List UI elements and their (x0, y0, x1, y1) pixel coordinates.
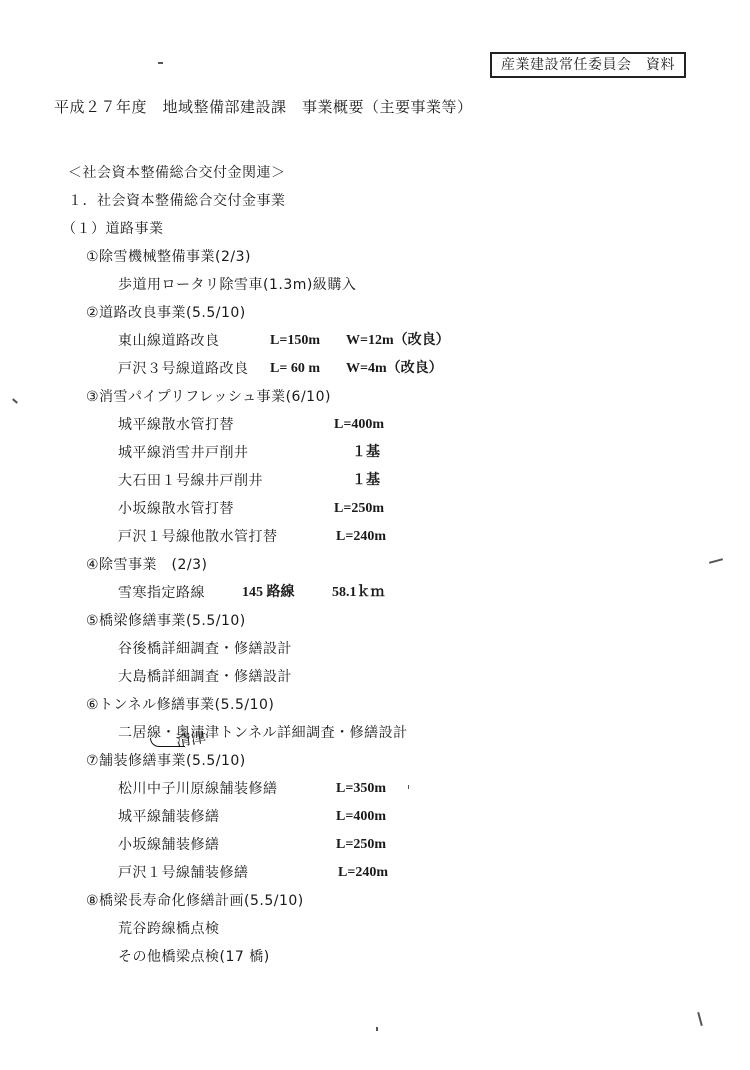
scan-speck (158, 62, 163, 64)
project-heading: ③消雪パイプリフレッシュ事業(6/10) (86, 388, 331, 406)
project-item: その他橋梁点検(17 橋) (118, 948, 270, 966)
project-heading: ⑦舗装修繕事業(5.5/10) (86, 752, 246, 770)
handwritten-annotation: 清津 (175, 726, 208, 751)
project-item: 東山線道路改良 (118, 332, 220, 350)
item-length: L=350m (336, 780, 386, 798)
project-heading: ⑤橋梁修繕事業(5.5/10) (86, 612, 246, 630)
project-item: 城平線消雪井戸削井 (118, 444, 249, 462)
project-item: 大島橋詳細調査・修繕設計 (118, 668, 292, 686)
item-length: L=250m (336, 836, 386, 854)
scan-speck (12, 398, 18, 403)
project-item: 小坂線舗装修繕 (118, 836, 220, 854)
item-length: L=240m (338, 864, 388, 882)
project-item: 歩道用ロータリ除雪車(1.3m)級購入 (118, 276, 356, 294)
scan-speck (408, 785, 409, 789)
scan-speck (697, 1012, 703, 1026)
scan-speck (376, 1027, 378, 1031)
project-heading: ①除雪機械整備事業(2/3) (86, 248, 251, 266)
project-heading: ⑧橋梁長寿命化修繕計画(5.5/10) (86, 892, 304, 910)
document-stamp: 産業建設常任委員会 資料 (490, 52, 686, 78)
category-heading: ＜社会資本整備総合交付金関連＞ (68, 164, 286, 182)
project-item: 城平線散水管打替 (118, 416, 234, 434)
project-heading: ②道路改良事業(5.5/10) (86, 304, 246, 322)
subsection-heading: （１）道路事業 (62, 220, 164, 238)
item-length: L= 60 m (270, 360, 320, 378)
scan-speck (709, 558, 723, 564)
item-width: W=4m（改良） (346, 360, 443, 378)
item-route-count: 145 路線 (242, 584, 295, 602)
project-item: 戸沢１号線他散水管打替 (118, 528, 278, 546)
item-width: W=12m（改良） (346, 332, 450, 350)
project-item: 戸沢１号線舗装修繕 (118, 864, 249, 882)
project-item: 城平線舗装修繕 (118, 808, 220, 826)
item-length: L=400m (336, 808, 386, 826)
item-length: L=250m (334, 500, 384, 518)
item-distance: 58.1ｋｍ (332, 584, 385, 602)
project-item: 雪寒指定路線 (118, 584, 205, 602)
project-item: 谷後橋詳細調査・修繕設計 (118, 640, 292, 658)
project-item: 松川中子川原線舗装修繕 (118, 780, 278, 798)
project-heading: ⑥トンネル修繕事業(5.5/10) (86, 696, 274, 714)
project-item: 大石田１号線井戸削井 (118, 472, 263, 490)
item-count: １基 (352, 472, 380, 490)
item-length: L=240m (336, 528, 386, 546)
project-item: 小坂線散水管打替 (118, 500, 234, 518)
project-item: 荒谷跨線橋点検 (118, 920, 220, 938)
project-heading: ④除雪事業 (2/3) (86, 556, 208, 574)
item-length: L=400m (334, 416, 384, 434)
section-heading: １．社会資本整備総合交付金事業 (68, 192, 286, 210)
item-count: １基 (352, 444, 380, 462)
project-item: 戸沢３号線道路改良 (118, 360, 249, 378)
item-length: L=150m (270, 332, 320, 350)
page-title: 平成２７年度 地域整備部建設課 事業概要（主要事業等） (54, 96, 473, 117)
